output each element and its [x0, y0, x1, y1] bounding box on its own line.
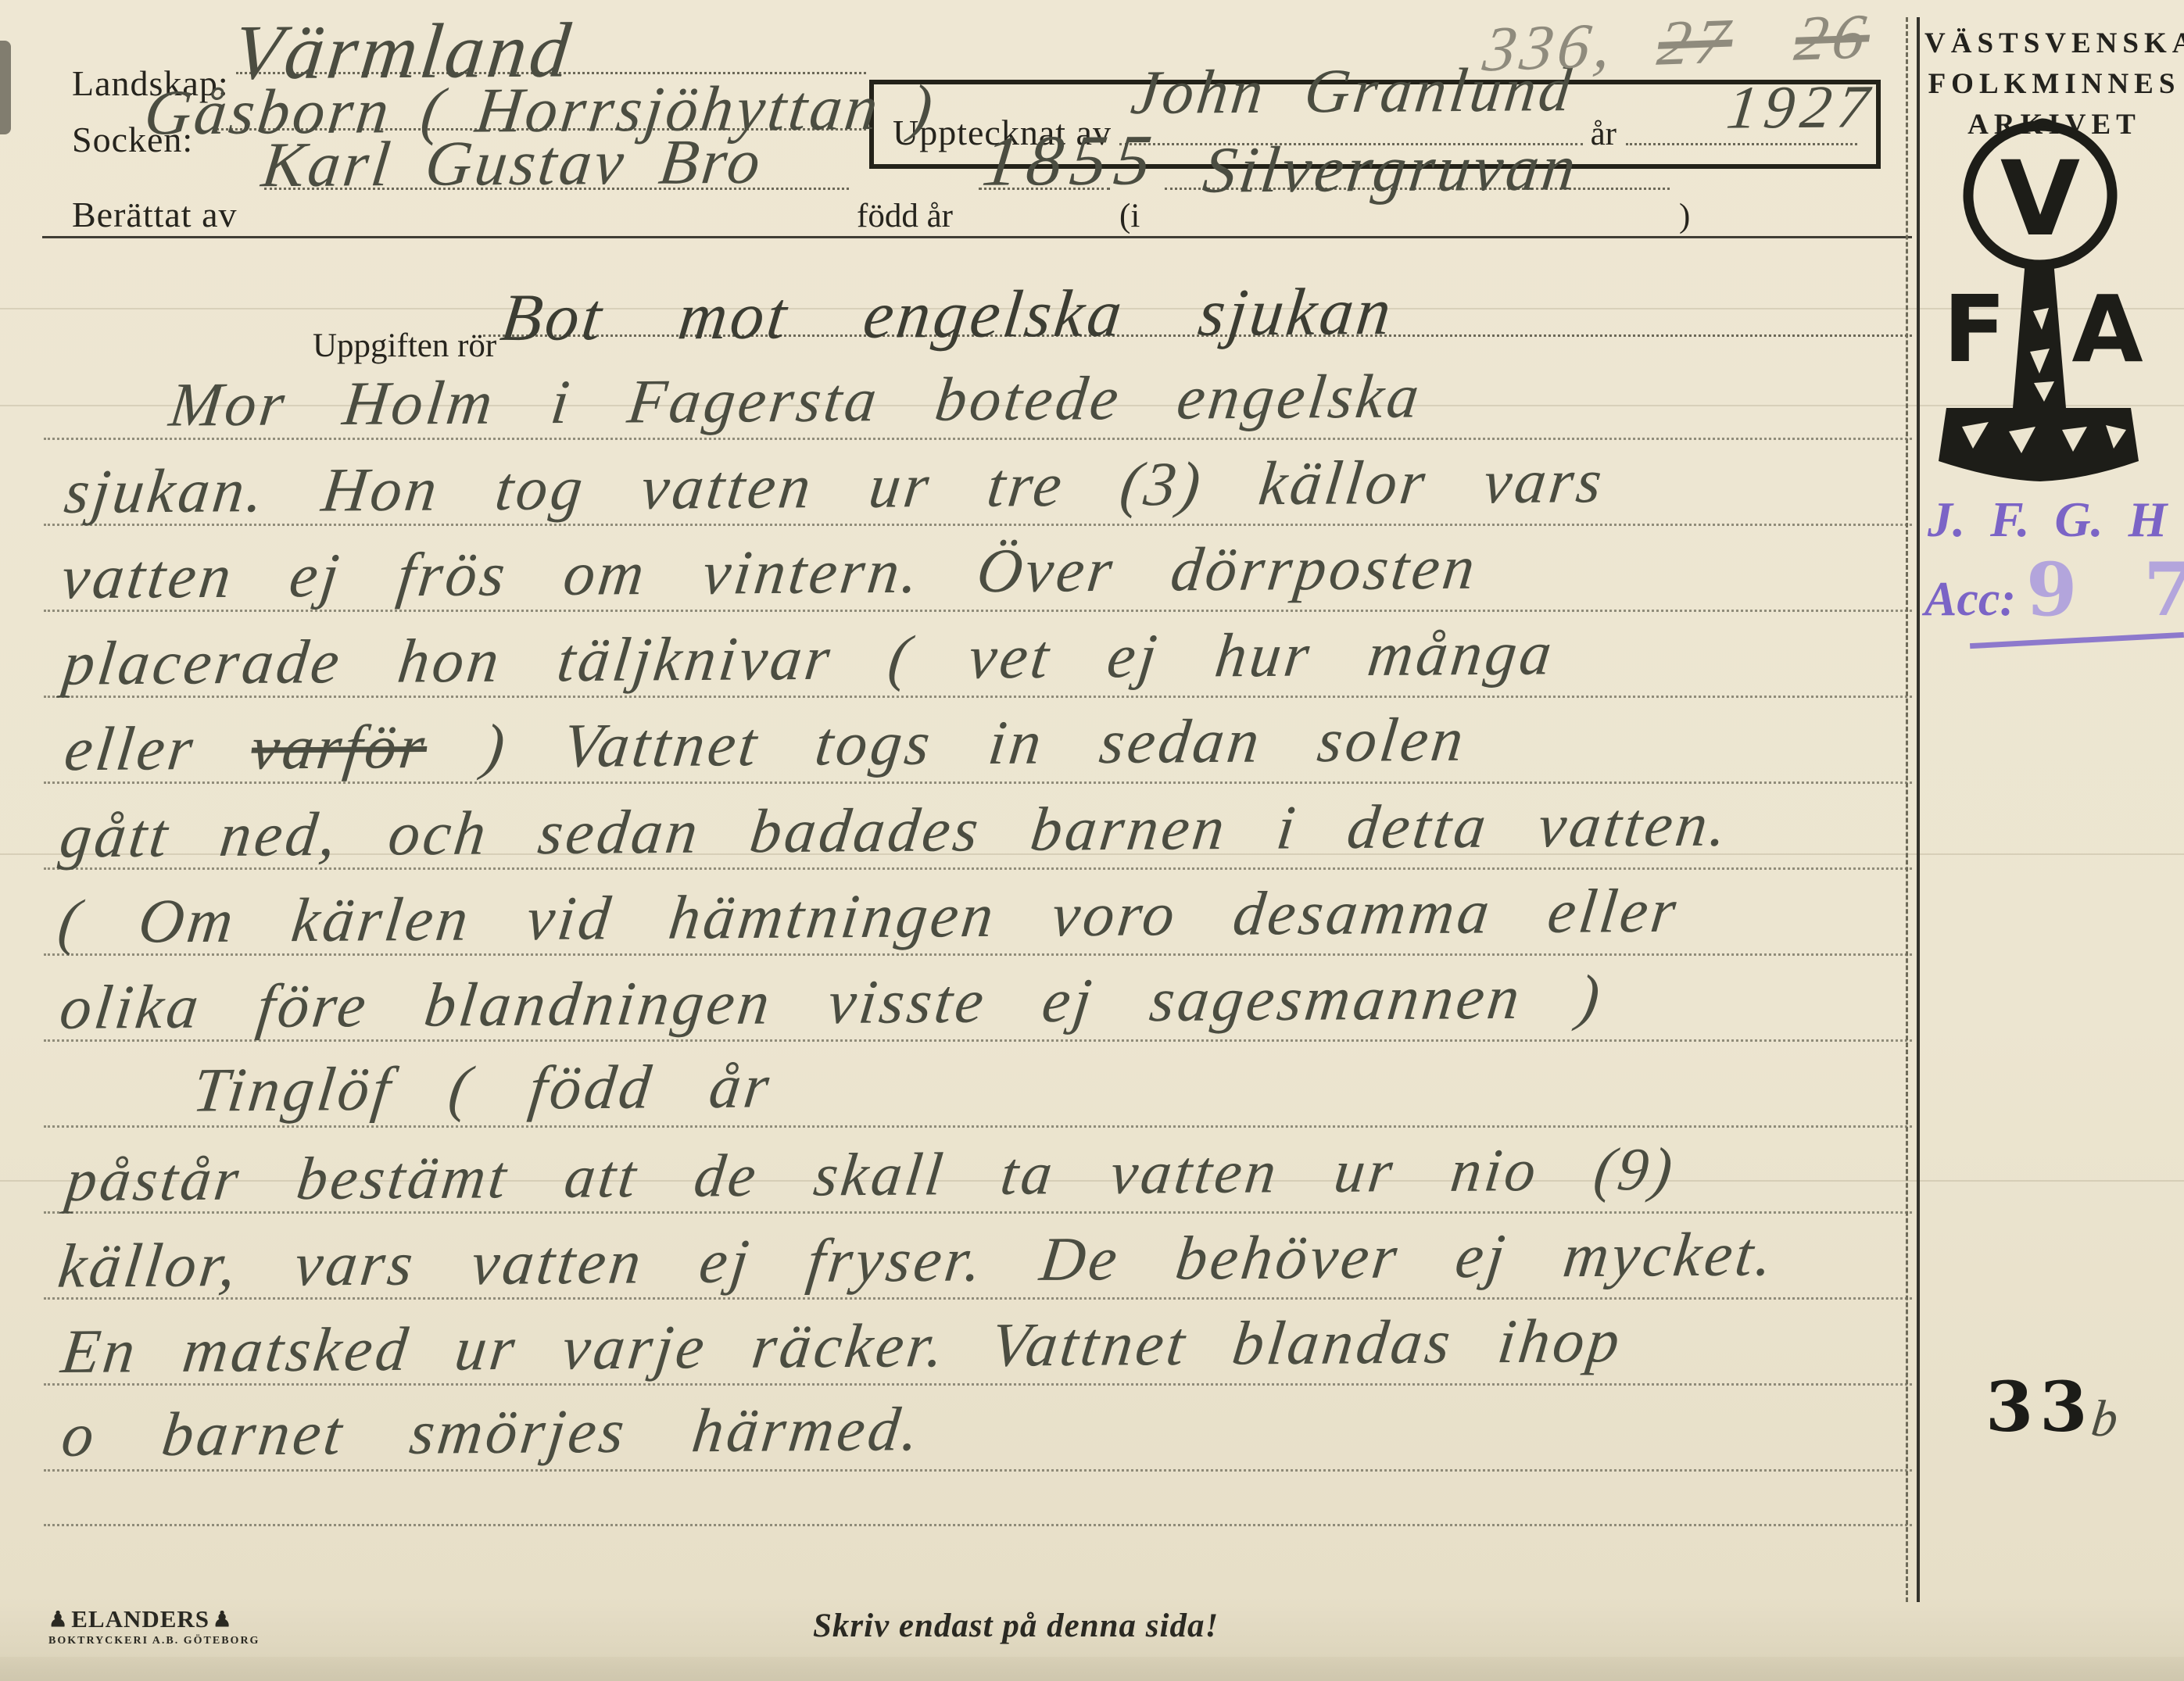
- birthplace-close-paren: ): [1679, 197, 1690, 235]
- birthplace-open-paren: (i: [1119, 197, 1140, 235]
- body-line-segment: ) Vattnet togs in sedan solen: [423, 706, 1470, 781]
- body-line: påstår bestämt att de skall ta vatten ur…: [63, 1134, 1679, 1215]
- writing-rule: [44, 1125, 1912, 1128]
- pencil-shelfmark: 336, 27 26: [1479, 0, 1875, 87]
- body-line-struck-word: varför: [248, 713, 431, 783]
- ar-dotted-line: [1626, 142, 1857, 145]
- accession-underline: [1970, 632, 2184, 649]
- pencil-shelfmark-part1: 336,: [1479, 9, 1620, 85]
- body-line-segment: eller: [61, 714, 256, 785]
- uppgiften-ror-label: Uppgiften rör: [313, 327, 496, 365]
- pencil-shelfmark-part2: 27: [1654, 5, 1738, 79]
- archivist-initials-stamp: J. F. G. H: [1928, 491, 2167, 549]
- logo-letter-a: A: [2071, 275, 2143, 383]
- fodd-ar-value-handwriting: 1855: [979, 118, 1163, 202]
- vfa-thors-hammer-logo-icon: V F A: [1924, 117, 2159, 508]
- body-line: ( Om kärlen vid hämtningen voro desamma …: [55, 876, 1683, 958]
- org-name-line2: FOLKMINNES: [1924, 67, 2184, 101]
- writing-rule: [44, 1524, 1912, 1526]
- printer-imprint: ♟ ELANDERS ♟ BOKTRYCKERI A.B. GÖTEBORG: [48, 1605, 260, 1647]
- sidebar-divider-solid-line: [1917, 17, 1920, 1602]
- pencil-shelfmark-part3: 26: [1791, 0, 1874, 73]
- header-divider-line: [42, 236, 1912, 238]
- ar-label: år: [1591, 115, 1617, 153]
- body-line: gått ned, och sedan badades barnen i det…: [56, 790, 1733, 873]
- printer-ornament-icon: ♟: [213, 1608, 232, 1632]
- page-suffix-handwriting: b: [2089, 1390, 2125, 1449]
- berattat-av-label: Berättat av: [72, 194, 238, 235]
- body-line: olika före blandningen visste ej sagesma…: [56, 962, 1606, 1044]
- berattat-value-handwriting: Karl Gustav Bro: [258, 125, 767, 202]
- org-name-line1: VÄSTSVENSKA: [1924, 27, 2184, 60]
- scan-edge-smudge: [0, 41, 11, 134]
- body-line: Mor Holm i Fagersta botede engelska: [166, 361, 1426, 441]
- printer-subtitle: BOKTRYCKERI A.B. GÖTEBORG: [48, 1635, 260, 1647]
- scanned-archive-card: Landskap: Värmland Socken: Gåsborn ( Hor…: [0, 0, 2184, 1681]
- body-line: En matsked ur varje räcker. Vattnet blan…: [58, 1306, 1626, 1388]
- body-line: o barnet smörjes härmed.: [58, 1394, 926, 1472]
- ar-value-handwriting: 1927: [1724, 71, 1879, 142]
- page-number-stamp: 33: [1985, 1366, 2093, 1447]
- hammer-head: [1939, 408, 2139, 481]
- page-bottom-edge: [0, 1657, 2184, 1681]
- body-line: vatten ej frös om vintern. Över dörrpost…: [58, 533, 1481, 614]
- logo-letter-v: V: [2000, 139, 2080, 259]
- body-line: Tinglöf ( född år: [189, 1051, 775, 1126]
- body-line: sjukan. Hon tog vatten ur tre (3) källor…: [61, 446, 1609, 528]
- accession-label-stamp: Acc:: [1924, 572, 2016, 628]
- body-line: källor, vars vatten ej fryser. De behöve…: [55, 1219, 1779, 1302]
- accession-number-stamp: 9 7 9: [2026, 547, 2184, 633]
- printer-ornament-icon: ♟: [48, 1608, 68, 1632]
- birthplace-value-handwriting: Silvergruvan: [1199, 130, 1582, 208]
- body-line: eller varför ) Vattnet togs in sedan sol…: [61, 705, 1470, 785]
- printer-name: ELANDERS: [71, 1605, 209, 1633]
- body-line: placerade hon täljknivar ( vet ej hur må…: [59, 618, 1559, 699]
- uppgiften-value-handwriting: Bot mot engelska sjukan: [497, 272, 1398, 356]
- sidebar-divider-dashed-line: [1906, 17, 1908, 1602]
- logo-letter-f: F: [1943, 275, 2007, 383]
- write-only-this-side-instruction: Skriv endast på denna sida!: [813, 1607, 1219, 1645]
- fodd-ar-label: född år: [857, 197, 953, 235]
